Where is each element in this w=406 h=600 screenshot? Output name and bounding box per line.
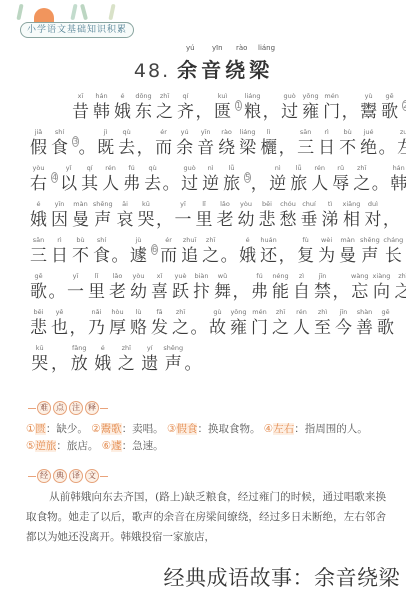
hanzi: 赂 — [130, 318, 147, 338]
text-line: é娥yīn因màn曼shēng声āi哀kū哭，yī一lǐ里lǎo老yòu幼bēi… — [30, 194, 386, 230]
pinyin: yīn — [55, 198, 65, 210]
hanzi: 余 — [176, 138, 193, 158]
hanzi: 欐 — [260, 138, 277, 158]
title-pinyin: yú yīn rào liáng — [0, 44, 406, 54]
pinyin: yòu — [133, 270, 145, 282]
footnote-marker: 2 — [402, 100, 406, 111]
hanzi: 旅 — [290, 174, 307, 194]
note-item: ①匮：缺少。 — [26, 423, 91, 435]
hanzi-with-pinyin: zhī之 — [394, 270, 406, 302]
image-caption: 经典成语故事：余音绕梁 — [164, 562, 401, 592]
pinyin: zhī — [160, 90, 169, 102]
hanzi: 日 — [51, 246, 68, 266]
hanzi: 忘 — [351, 282, 368, 302]
hanzi: 娥 — [114, 102, 131, 122]
hanzi: 声 — [165, 354, 182, 374]
hanzi: 善 — [356, 318, 373, 338]
hanzi: 之 — [156, 102, 173, 122]
hanzi-with-pinyin: fǎng放 — [70, 342, 90, 374]
hanzi-with-pinyin: zhuī追 — [181, 234, 198, 266]
hanzi-with-pinyin: yōng雍 — [230, 306, 247, 338]
hanzi: 其 — [81, 174, 98, 194]
hanzi-with-pinyin: guò过 — [281, 90, 298, 122]
hanzi: 以 — [60, 174, 77, 194]
hanzi: 之 — [172, 318, 189, 338]
hanzi: 右 — [30, 174, 47, 194]
hanzi-with-pinyin: sān三 — [30, 234, 47, 266]
hanzi: 过 — [181, 174, 198, 194]
note-term: 假食 — [176, 423, 197, 435]
note-term: 左右 — [273, 423, 294, 435]
pinyin: lù — [136, 306, 142, 318]
pinyin: kū — [36, 342, 44, 354]
hanzi-with-pinyin: fú弗 — [123, 162, 140, 194]
hanzi-with-pinyin: wàng忘 — [351, 270, 369, 302]
hanzi: 乃 — [88, 318, 105, 338]
hanzi: 长 — [385, 246, 402, 266]
hanzi-with-pinyin: yīn音 — [197, 126, 214, 158]
notes-section-label: 难 点 注 释 — [28, 401, 108, 415]
punctuation: ， — [265, 90, 277, 122]
hanzi-with-pinyin: duì对 — [364, 198, 381, 230]
pinyin: guò — [283, 90, 295, 102]
pinyin: kū — [142, 198, 150, 210]
pinyin: fú — [128, 162, 134, 174]
text-line: kū哭，fǎng放é娥zhī之yí遗shēng声。 — [30, 338, 386, 374]
hanzi-with-pinyin: xiàng向 — [373, 270, 391, 302]
punctuation: ， — [139, 126, 151, 158]
hanzi: ， — [233, 282, 250, 302]
pinyin: kuì — [218, 90, 228, 102]
hanzi: 。 — [112, 246, 129, 266]
hanzi: 。 — [221, 246, 238, 266]
pinyin: yǐ — [66, 162, 72, 174]
punctuation: ， — [235, 270, 247, 302]
pinyin: cháng — [383, 234, 403, 246]
pinyin: gù — [213, 306, 221, 318]
hanzi-with-pinyin: shēng声 — [360, 234, 380, 266]
hanzi: 涕 — [322, 210, 339, 230]
pinyin: xiàng — [373, 270, 391, 282]
pinyin: ér — [165, 234, 172, 246]
label-char: 文 — [85, 469, 99, 483]
hanzi: 人 — [311, 174, 328, 194]
hanzi: 食 — [93, 246, 110, 266]
punctuation: ， — [54, 342, 66, 374]
note-definition: ：急速。 — [122, 440, 164, 452]
hanzi-with-pinyin: yě也 — [51, 306, 68, 338]
pinyin: zhī — [206, 234, 215, 246]
hanzi: 食 — [51, 138, 68, 158]
hanzi-with-pinyin: màn曼 — [72, 198, 89, 230]
hanzi: 粮 — [244, 102, 261, 122]
pinyin: zhī — [398, 270, 406, 282]
pinyin: lǚ — [296, 162, 302, 174]
hanzi-with-pinyin: jīn今 — [335, 306, 352, 338]
hanzi: ， — [251, 174, 268, 194]
hanzi: 辱 — [332, 174, 349, 194]
pinyin: bù — [343, 126, 351, 138]
pinyin: gē — [34, 270, 42, 282]
hanzi: 复 — [297, 246, 314, 266]
hanzi-with-pinyin: xiāng相 — [343, 198, 361, 230]
hanzi-with-pinyin: guò过 — [181, 162, 198, 194]
hanzi: ， — [156, 210, 173, 230]
hanzi: 弗 — [123, 174, 140, 194]
punctuation: 。 — [114, 234, 126, 266]
hanzi: 相 — [343, 210, 360, 230]
hanzi: 日 — [318, 138, 335, 158]
hanzi: 而 — [160, 246, 177, 266]
pinyin: shí — [97, 234, 106, 246]
pinyin: wǔ — [218, 270, 227, 282]
pinyin: bēi — [34, 306, 44, 318]
label-char: 典 — [53, 469, 67, 483]
pinyin: é — [246, 234, 250, 246]
hanzi-with-pinyin: yòu幼 — [238, 198, 255, 230]
pinyin: shàn — [357, 306, 373, 318]
hanzi-with-pinyin: jù遽 — [130, 234, 147, 266]
pinyin: zhì — [318, 306, 327, 318]
hanzi: 还 — [260, 246, 277, 266]
punctuation: 。 — [81, 126, 93, 158]
hanzi: 自 — [293, 282, 310, 302]
hanzi: 舞 — [214, 282, 231, 302]
pinyin: āi — [122, 198, 128, 210]
note-definition: ：指周围的人。 — [294, 423, 368, 435]
hanzi-with-pinyin: yī一 — [67, 270, 84, 302]
text-line: bēi悲yě也，nǎi乃hòu厚lù赂fā发zhī之。gù故yōng雍mén门z… — [30, 302, 386, 338]
pinyin: yī — [180, 198, 186, 210]
hanzi-with-pinyin: wèi为 — [318, 234, 335, 266]
hanzi-with-pinyin: hán韩 — [93, 90, 110, 122]
hanzi: 之 — [202, 246, 219, 266]
translation-paragraph: 从前韩娥向东去齐国，(路上)缺乏粮食，经过雍门的时候，通过唱歌来换取食物。她走了… — [26, 487, 386, 547]
note-number: ⑥ — [102, 440, 111, 452]
pinyin: wàng — [351, 270, 369, 282]
hanzi-with-pinyin: shēng声 — [164, 342, 184, 374]
hanzi: 对 — [364, 210, 381, 230]
hanzi-with-pinyin: fú弗 — [251, 270, 268, 302]
hanzi-with-pinyin: é娥 — [93, 342, 113, 374]
pinyin: qù — [122, 126, 130, 138]
hanzi: 娥 — [30, 210, 47, 230]
hanzi: 去 — [144, 174, 161, 194]
hanzi-with-pinyin: jīn禁 — [314, 270, 331, 302]
hanzi-with-pinyin — [30, 90, 47, 122]
hanzi: 向 — [373, 282, 390, 302]
hanzi: 老 — [109, 282, 126, 302]
note-term: 匮 — [35, 423, 46, 435]
hanzi: ， — [279, 246, 296, 266]
pinyin: yòu — [240, 198, 252, 210]
classical-text-with-pinyin: xī昔hán韩é娥dōng东zhī之qí齐，kuì匮1liáng粮，guò过yō… — [30, 86, 386, 374]
grass-illustration — [70, 4, 77, 20]
hanzi: 既 — [97, 138, 114, 158]
hanzi-with-pinyin: jiǎ假 — [30, 126, 47, 158]
pinyin: fù — [302, 234, 308, 246]
pinyin: jué — [364, 126, 374, 138]
pinyin: sān — [33, 234, 45, 246]
hanzi-with-pinyin: hòu厚 — [109, 306, 126, 338]
hanzi: 也 — [51, 318, 68, 338]
hanzi-with-pinyin: kuì匮 — [214, 90, 231, 122]
pinyin: yú — [181, 126, 189, 138]
hanzi: 门 — [251, 318, 268, 338]
hanzi: ， — [383, 210, 400, 230]
hanzi: 幼 — [130, 282, 147, 302]
hanzi-with-pinyin: fù复 — [297, 234, 314, 266]
hanzi-with-pinyin: liáng粮 — [244, 90, 261, 122]
hanzi-with-pinyin: ér而 — [160, 234, 177, 266]
hanzi: 左 — [397, 138, 406, 158]
pinyin: zì — [299, 270, 304, 282]
hanzi-with-pinyin: qí其 — [81, 162, 98, 194]
hanzi-with-pinyin: qù去 — [144, 162, 161, 194]
hanzi-with-pinyin: lǎo老 — [217, 198, 234, 230]
hanzi: ， — [137, 138, 154, 158]
pinyin: jù — [136, 234, 142, 246]
text-line: jiǎ假shí食3。jì既qù去，ér而yú余yīn音rào绕liáng梁lì欐… — [30, 122, 386, 158]
hanzi: 歌 — [30, 282, 47, 302]
pinyin: zuǒ — [400, 126, 406, 138]
pinyin: lǐ — [202, 198, 206, 210]
title-char: 余 — [176, 54, 200, 83]
punctuation: 。 — [381, 126, 393, 158]
pinyin: mén — [252, 306, 266, 318]
lesson-title: yú yīn rào liáng 48.余音绕梁 — [0, 44, 406, 83]
hanzi: 人 — [102, 174, 119, 194]
pinyin: zhī — [276, 306, 285, 318]
hanzi-with-pinyin: zhī之 — [117, 342, 137, 374]
pinyin: liáng — [245, 90, 261, 102]
hanzi: 禁 — [314, 282, 331, 302]
hanzi-with-pinyin: yù鬻 — [360, 90, 377, 122]
pinyin: yīn — [201, 126, 211, 138]
hanzi-with-pinyin: lǚ旅 — [290, 162, 307, 194]
pinyin: é — [37, 198, 41, 210]
hanzi: 曼 — [339, 246, 356, 266]
pinyin: qù — [148, 162, 156, 174]
hanzi-with-pinyin: cháng长 — [384, 234, 404, 266]
pinyin: yú — [186, 44, 195, 52]
pinyin: jiǎ — [35, 126, 43, 138]
hanzi-with-pinyin: lǚ旅 — [223, 162, 240, 194]
pinyin: fǎng — [72, 342, 87, 354]
hanzi: ， — [333, 282, 350, 302]
hanzi: 跃 — [172, 282, 189, 302]
pinyin: shí — [55, 126, 64, 138]
hanzi-with-pinyin: rén人 — [293, 306, 310, 338]
title-char: 梁 — [248, 54, 272, 83]
note-item: ②鬻歌：卖唱。 — [91, 423, 167, 435]
pinyin: rén — [314, 162, 325, 174]
punctuation: ， — [198, 90, 210, 122]
pinyin: dōng — [135, 90, 151, 102]
pinyin: rì — [324, 126, 328, 138]
hanzi: 歌 — [377, 318, 394, 338]
hanzi: 人 — [293, 318, 310, 338]
hanzi-with-pinyin: yī一 — [175, 198, 192, 230]
hanzi-with-pinyin: shí食 — [93, 234, 110, 266]
hanzi: 。 — [372, 174, 389, 194]
translation-text: 从前韩娥向东去齐国，(路上)缺乏粮食，经过雍门的时候，通过唱歌来换取食物。她走了… — [26, 487, 386, 547]
hanzi: ， — [263, 102, 280, 122]
punctuation: ， — [159, 198, 171, 230]
hanzi-with-pinyin: qù去 — [118, 126, 135, 158]
hanzi-with-pinyin: liáng梁 — [239, 126, 256, 158]
hanzi: 哀 — [117, 210, 134, 230]
pinyin: lǚ — [229, 162, 235, 174]
pinyin: shēng — [163, 342, 183, 354]
hanzi-with-pinyin: āi哀 — [117, 198, 134, 230]
hanzi-with-pinyin: yí遗 — [140, 342, 160, 374]
hanzi: 逆 — [269, 174, 286, 194]
pinyin: hòu — [111, 306, 123, 318]
label-char: 点 — [53, 401, 67, 415]
hanzi: 门 — [323, 102, 340, 122]
punctuation: ， — [385, 198, 397, 230]
hanzi: 之 — [272, 318, 289, 338]
hanzi: 之 — [353, 174, 370, 194]
hanzi: 哭 — [138, 210, 155, 230]
hanzi: 雍 — [230, 318, 247, 338]
hanzi-with-pinyin: kū哭 — [30, 342, 50, 374]
pinyin: rén — [296, 306, 307, 318]
pinyin: xǐ — [157, 270, 163, 282]
hanzi-with-pinyin: huán还 — [260, 234, 277, 266]
pinyin: lì — [267, 126, 271, 138]
pinyin: gē — [381, 306, 389, 318]
hanzi: 假 — [30, 138, 47, 158]
hanzi: 三 — [30, 246, 47, 266]
note-item: ⑥遽：急速。 — [102, 440, 164, 452]
title-char: 音 — [200, 54, 224, 83]
hanzi-with-pinyin: bēi悲 — [259, 198, 276, 230]
grass-illustration — [80, 4, 88, 20]
hanzi: 今 — [335, 318, 352, 338]
pinyin: zhī — [122, 342, 131, 354]
hanzi-with-pinyin: lǐ里 — [196, 198, 213, 230]
hanzi: 昔 — [72, 102, 89, 122]
hanzi: 之 — [118, 354, 135, 374]
hanzi-with-pinyin: màn曼 — [339, 234, 356, 266]
pinyin: yí — [147, 342, 153, 354]
hanzi: 过 — [281, 102, 298, 122]
hanzi-with-pinyin: biàn抃 — [193, 270, 210, 302]
pinyin: biàn — [194, 270, 208, 282]
pinyin: shēng — [93, 198, 113, 210]
hanzi-with-pinyin: yú余 — [176, 126, 193, 158]
hanzi: 。 — [163, 174, 180, 194]
hanzi: ， — [342, 102, 359, 122]
label-char: 注 — [69, 401, 83, 415]
pinyin: rào — [236, 44, 247, 52]
pinyin: zhī — [176, 306, 185, 318]
hanzi-with-pinyin: é娥 — [30, 198, 47, 230]
hanzi-with-pinyin: mén门 — [323, 90, 340, 122]
hanzi-with-pinyin: lù赂 — [130, 306, 147, 338]
hanzi: 追 — [181, 246, 198, 266]
pinyin: màn — [340, 234, 354, 246]
note-term: 鬻歌 — [101, 423, 122, 435]
pinyin: é — [101, 342, 105, 354]
hanzi: 韩 — [390, 174, 406, 194]
hanzi-with-pinyin: shàn善 — [356, 306, 373, 338]
hanzi-with-pinyin: tì涕 — [322, 198, 339, 230]
hanzi: 三 — [297, 138, 314, 158]
punctuation: 。 — [223, 234, 235, 266]
pinyin: liáng — [240, 126, 256, 138]
punctuation: ， — [253, 162, 265, 194]
pinyin: yīn — [212, 44, 223, 52]
grass-illustration — [16, 4, 23, 20]
hanzi: 里 — [196, 210, 213, 230]
pinyin: rào — [221, 126, 232, 138]
pinyin: ér — [160, 126, 167, 138]
hanzi: 娥 — [94, 354, 111, 374]
pinyin: yōng — [230, 306, 246, 318]
pinyin: yù — [365, 90, 373, 102]
text-line: xī昔hán韩é娥dōng东zhī之qí齐，kuì匮1liáng粮，guò过yō… — [30, 86, 386, 122]
footnote-marker: 6 — [151, 244, 158, 255]
hanzi-with-pinyin: zhī之 — [202, 234, 219, 266]
hanzi-with-pinyin: kū哭 — [138, 198, 155, 230]
hanzi-with-pinyin: yòu幼 — [130, 270, 147, 302]
hanzi: 东 — [135, 102, 152, 122]
footnote-marker: 4 — [51, 172, 58, 183]
pinyin: rì — [57, 234, 61, 246]
hanzi: 逆 — [202, 174, 219, 194]
hanzi-with-pinyin: jì既 — [97, 126, 114, 158]
hanzi: ， — [196, 102, 213, 122]
grass-illustration — [108, 4, 115, 20]
hanzi: 声 — [94, 210, 111, 230]
hanzi-with-pinyin: é娥 — [114, 90, 131, 122]
pinyin: hán — [95, 90, 107, 102]
pinyin: é — [121, 90, 125, 102]
pinyin: liáng — [258, 44, 275, 52]
pinyin: huán — [260, 234, 276, 246]
hanzi: 。 — [49, 282, 66, 302]
hanzi-with-pinyin: sān三 — [297, 126, 314, 158]
hanzi: 。 — [79, 138, 96, 158]
note-definition: ：换取食物。 — [197, 423, 263, 435]
note-item: ⑤逆旅：旅店。 — [26, 440, 102, 452]
label-char: 经 — [37, 469, 51, 483]
pinyin: chuí — [302, 198, 316, 210]
pinyin: fā — [156, 306, 162, 318]
pinyin: jì — [104, 126, 108, 138]
pinyin: xiāng — [343, 198, 361, 210]
hanzi-with-pinyin: lǎo老 — [109, 270, 126, 302]
hanzi: 因 — [51, 210, 68, 230]
hanzi: 一 — [175, 210, 192, 230]
punctuation: ， — [72, 306, 84, 338]
hanzi: 愁 — [280, 210, 297, 230]
hanzi: 鬻 — [360, 102, 377, 122]
pinyin: duì — [368, 198, 378, 210]
hanzi: 抃 — [193, 282, 210, 302]
hanzi: 遽 — [130, 246, 147, 266]
hanzi: 绕 — [218, 138, 235, 158]
hanzi: ， — [279, 138, 296, 158]
text-line: sān三rì日bù不shí食。jù遽6ér而zhuī追zhī之。é娥huán还，… — [30, 230, 386, 266]
footnote-marker: 1 — [235, 100, 242, 111]
punctuation: 。 — [165, 162, 177, 194]
pinyin: yòu — [33, 162, 45, 174]
pinyin: zhī — [357, 162, 366, 174]
